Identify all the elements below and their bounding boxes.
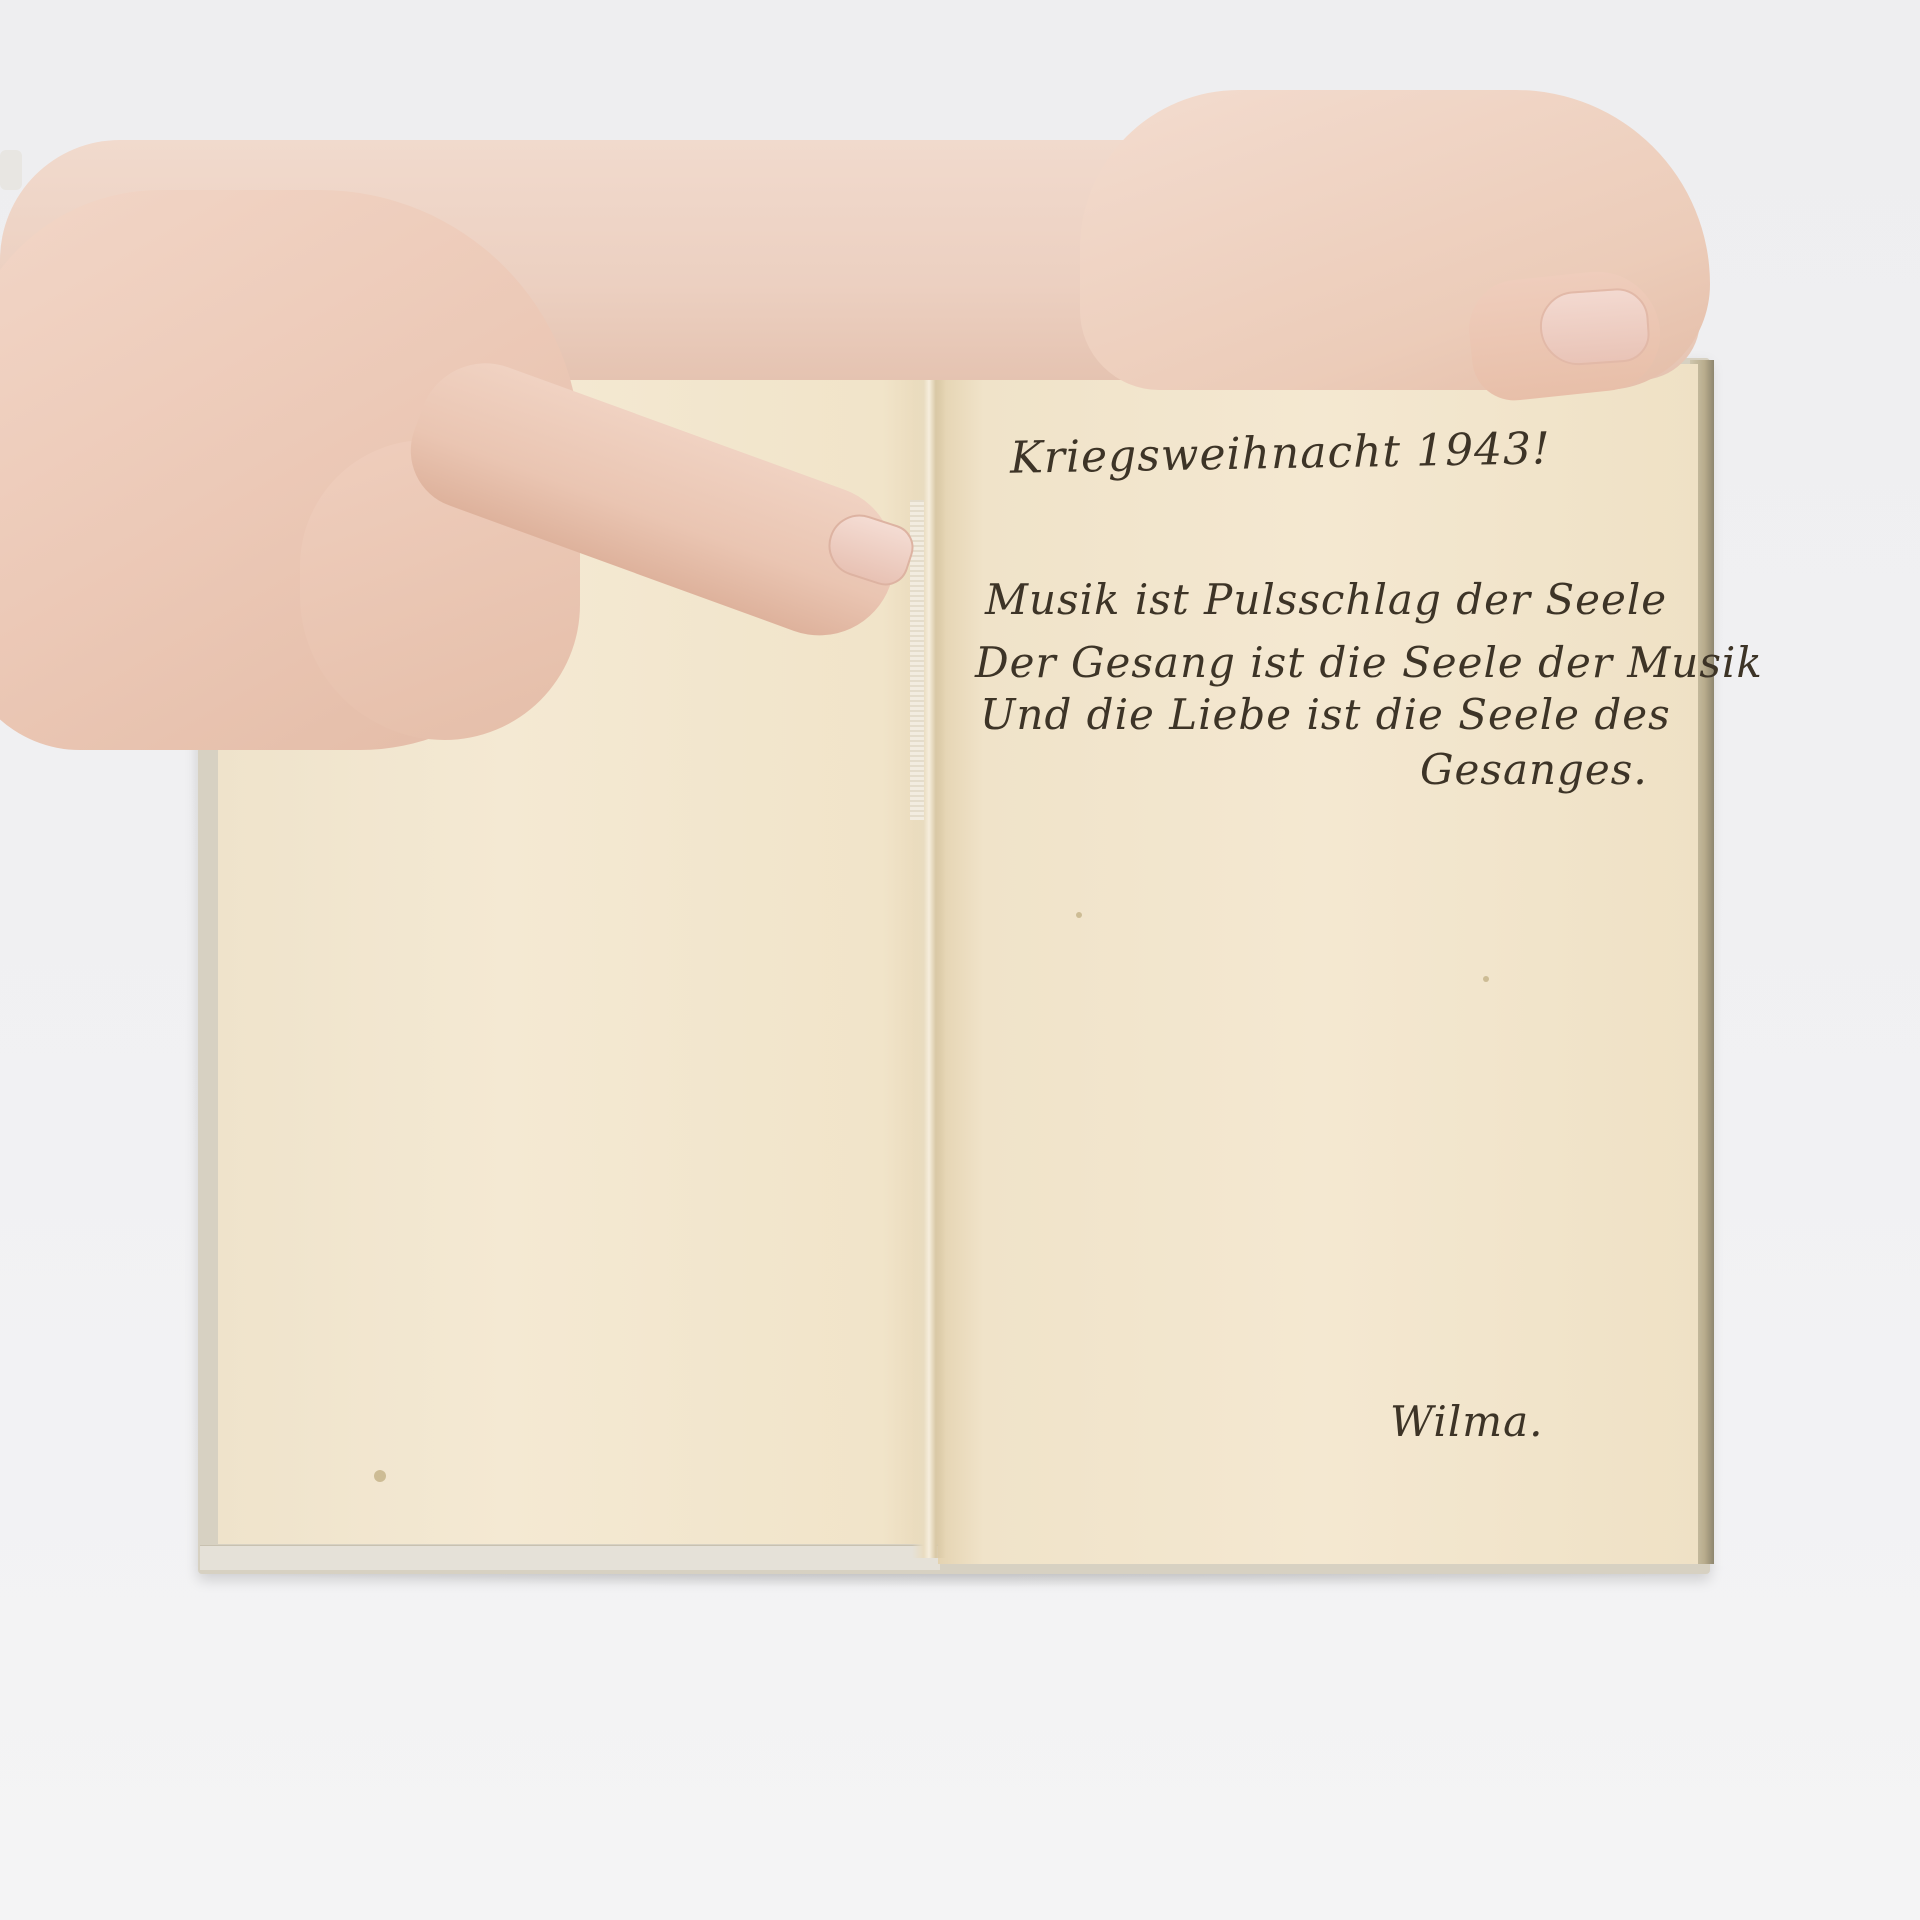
inscription-line-2: Der Gesang ist die Seele der Musik bbox=[975, 638, 1763, 687]
foxing-spot bbox=[1483, 976, 1489, 982]
inscription-line-4: Gesanges. bbox=[1420, 745, 1648, 794]
inscription-line-3: Und die Liebe ist die Seele des bbox=[980, 690, 1671, 739]
right-page bbox=[938, 364, 1698, 1564]
sleeve-edge bbox=[0, 150, 22, 190]
foxing-spot bbox=[1076, 912, 1082, 918]
inscription-line-1: Musik ist Pulsschlag der Seele bbox=[985, 575, 1667, 624]
inscription-title: Kriegsweihnacht 1943! bbox=[1010, 423, 1552, 483]
book-cover-bottom-edge bbox=[200, 1545, 940, 1570]
right-thumbnail bbox=[1538, 286, 1652, 367]
inscription-signature: Wilma. bbox=[1390, 1397, 1544, 1446]
foxing-spot bbox=[374, 1470, 386, 1482]
photo-scene: Kriegsweihnacht 1943! Musik ist Pulsschl… bbox=[0, 0, 1920, 1920]
